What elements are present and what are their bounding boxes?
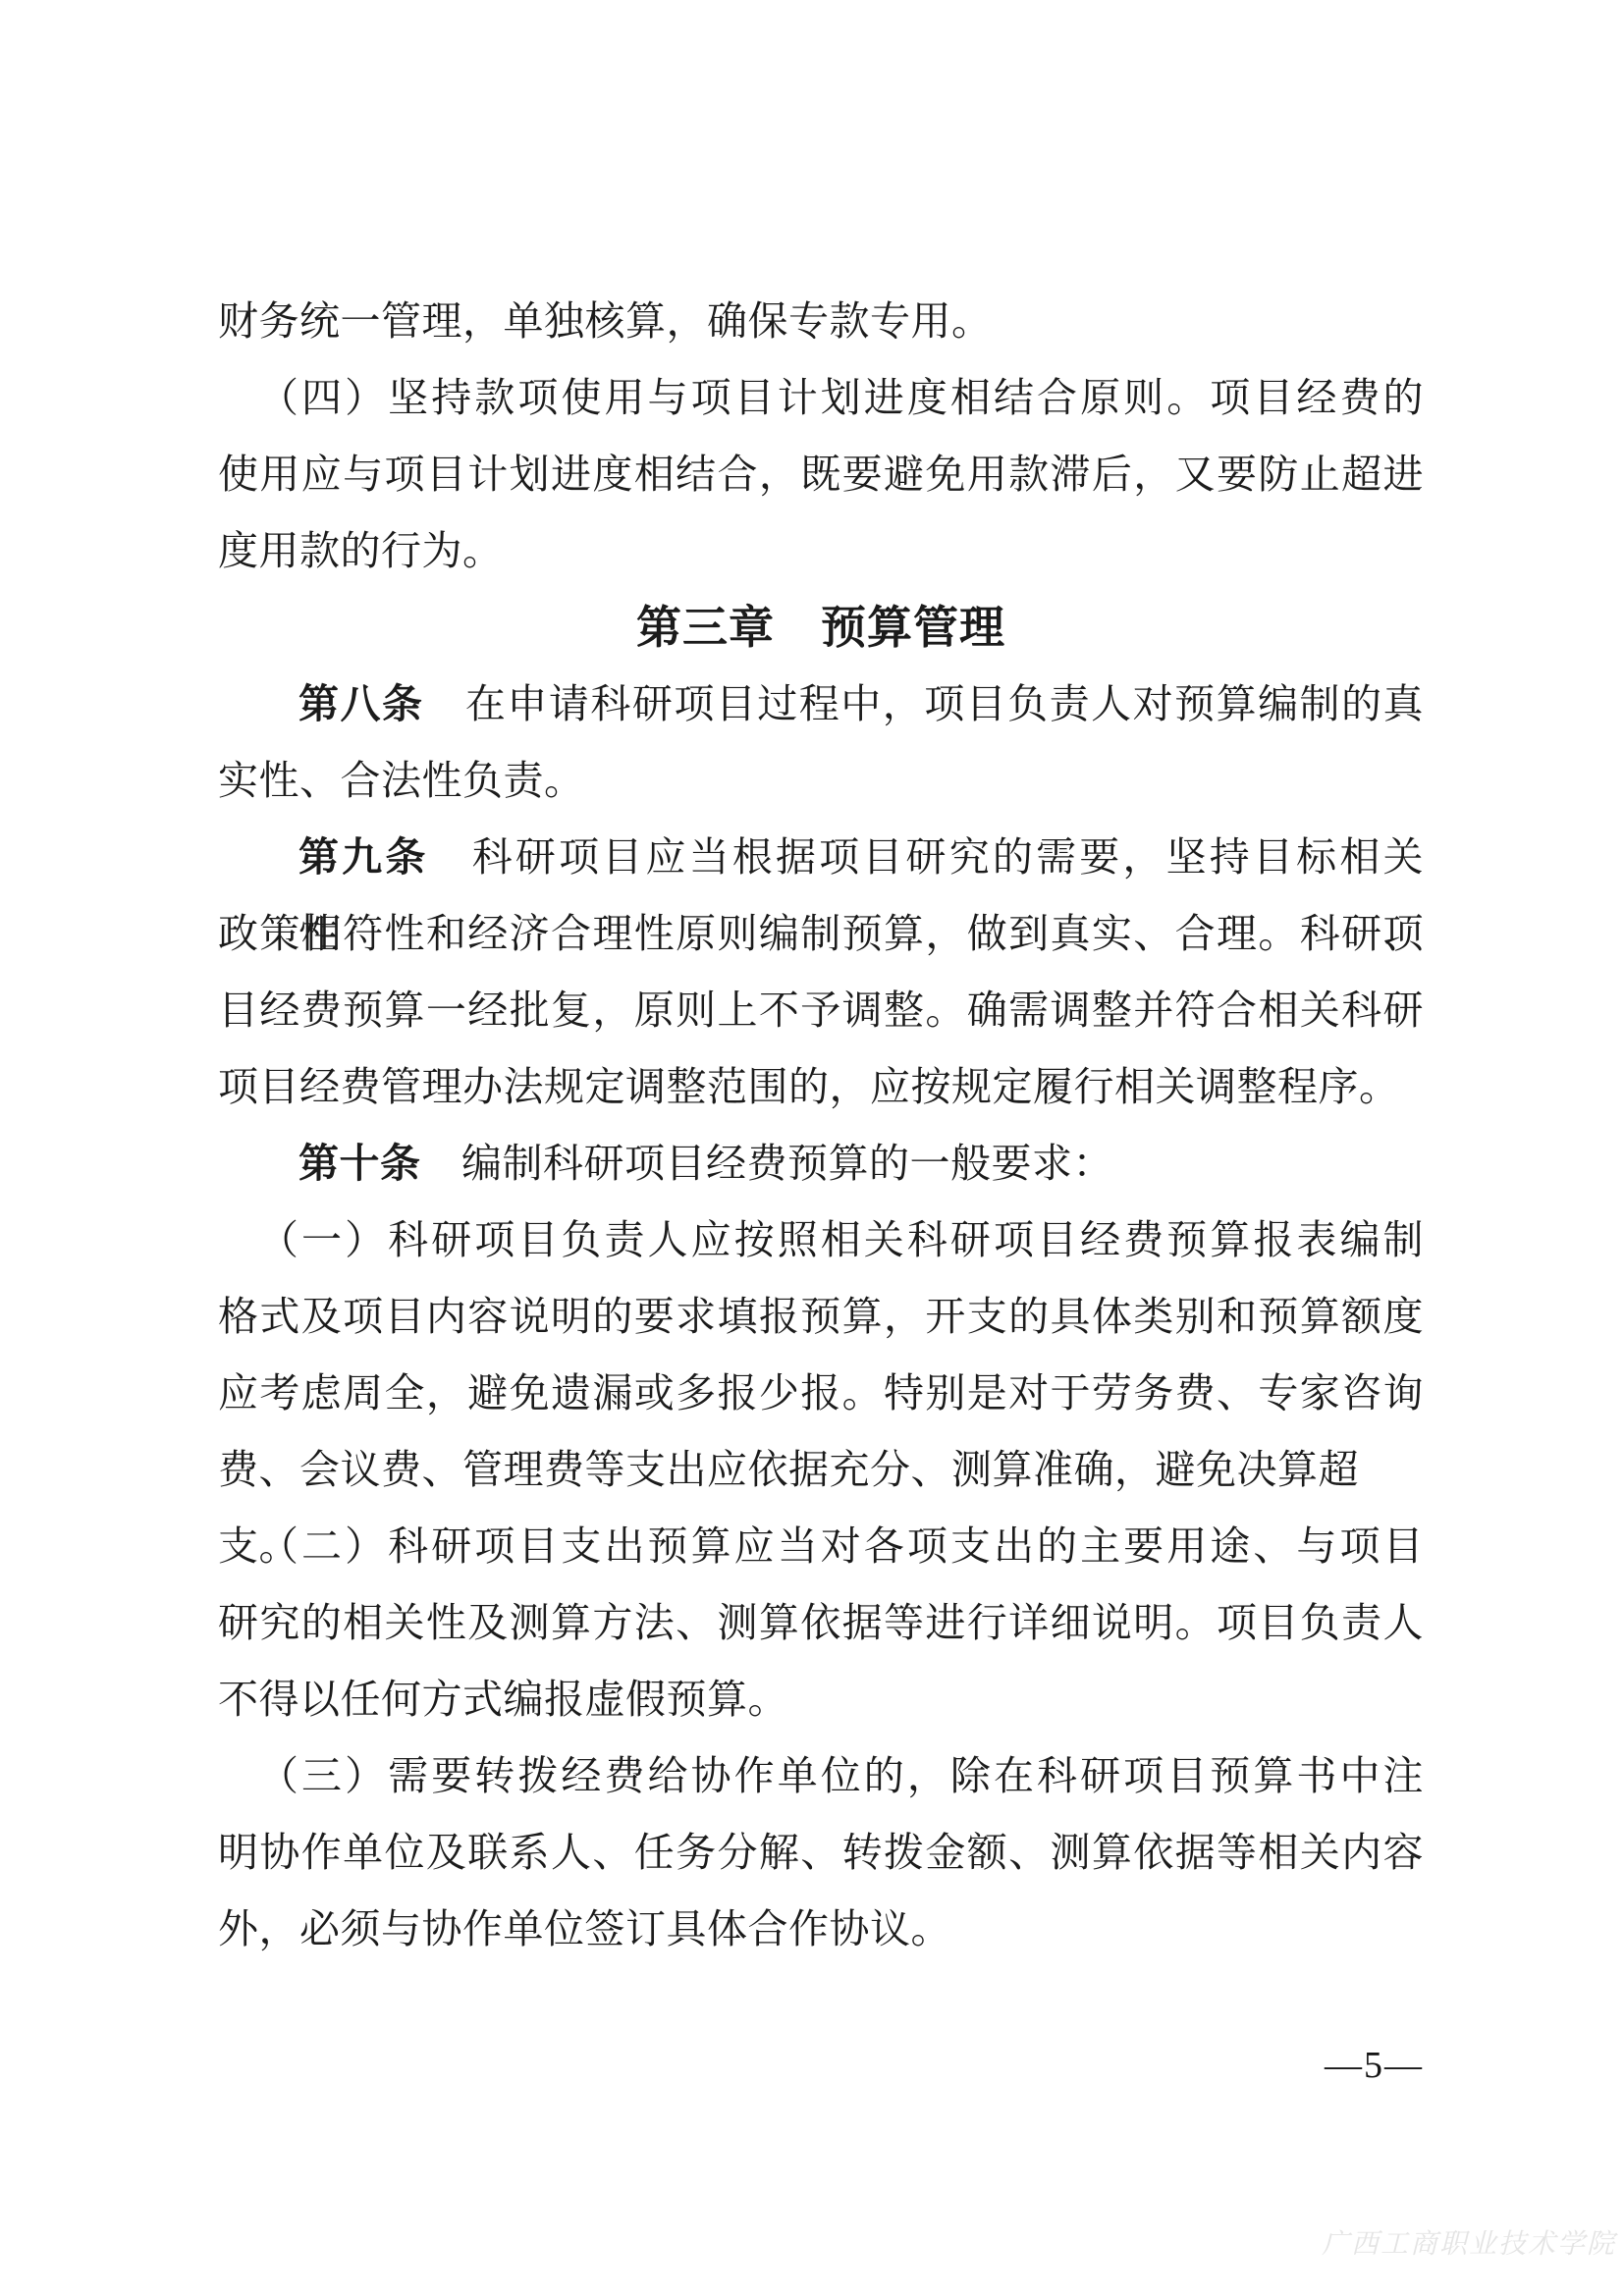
text-segment: （二）科研项目支出预算应当对各项支出的主要用途、与项目 xyxy=(258,1523,1424,1569)
text-segment: 外，必须与协作单位签订具体合作协议。 xyxy=(218,1906,951,1951)
document-body: 财务统一管理，单独核算，确保专款专用。（四）坚持款项使用与项目计划进度相结合原则… xyxy=(218,283,1424,1967)
text-segment: 使用应与项目计划进度相结合，既要避免用款滞后，又要防止超进 xyxy=(218,452,1424,497)
text-line: （一）科研项目负责人应按照相关科研项目经费预算报表编制 xyxy=(218,1201,1424,1278)
text-line: （三）需要转拨经费给协作单位的，除在科研项目预算书中注 xyxy=(218,1737,1424,1814)
text-line: 格式及项目内容说明的要求填报预算，开支的具体类别和预算额度 xyxy=(218,1278,1424,1355)
text-line: （四）坚持款项使用与项目计划进度相结合原则。项目经费的 xyxy=(218,359,1424,436)
text-segment: 项目经费管理办法规定调整范围的，应按规定履行相关调整程序。 xyxy=(218,1064,1400,1109)
text-segment: 应考虑周全，避免遗漏或多报少报。特别是对于劳务费、专家咨询 xyxy=(218,1370,1424,1415)
text-line: 使用应与项目计划进度相结合，既要避免用款滞后，又要防止超进 xyxy=(218,436,1424,512)
text-segment: 政策相符性和经济合理性原则编制预算，做到真实、合理。科研项 xyxy=(218,911,1424,956)
text-line: 明协作单位及联系人、任务分解、转拨金额、测算依据等相关内容 xyxy=(218,1814,1424,1891)
text-segment: （一）科研项目负责人应按照相关科研项目经费预算报表编制 xyxy=(258,1217,1424,1262)
page-number: —5— xyxy=(1325,2044,1424,2087)
text-line: 目经费预算一经批复，原则上不予调整。确需调整并符合相关科研 xyxy=(218,972,1424,1048)
text-segment: 实性、合法性负责。 xyxy=(218,758,585,803)
text-line: 政策相符性和经济合理性原则编制预算，做到真实、合理。科研项 xyxy=(218,895,1424,972)
text-line: 外，必须与协作单位签订具体合作协议。 xyxy=(218,1891,1424,1967)
text-line: 不得以任何方式编报虚假预算。 xyxy=(218,1661,1424,1737)
chapter-heading: 第三章 预算管理 xyxy=(218,589,1424,666)
text-segment: （四）坚持款项使用与项目计划进度相结合原则。项目经费的 xyxy=(258,375,1424,420)
article-number-label: 第三章 预算管理 xyxy=(636,602,1005,653)
text-line: 费、会议费、管理费等支出应依据充分、测算准确，避免决算超支。 xyxy=(218,1431,1424,1508)
text-segment: 度用款的行为。 xyxy=(218,528,504,573)
text-line: 实性、合法性负责。 xyxy=(218,742,1424,819)
text-segment: 在申请科研项目过程中，项目负责人对预算编制的真 xyxy=(423,681,1424,726)
text-segment: 财务统一管理，单独核算，确保专款专用。 xyxy=(218,298,993,344)
text-segment: 不得以任何方式编报虚假预算。 xyxy=(218,1677,788,1722)
text-line: 第八条 在申请科研项目过程中，项目负责人对预算编制的真 xyxy=(218,666,1424,742)
text-segment: 目经费预算一经批复，原则上不予调整。确需调整并符合相关科研 xyxy=(218,988,1424,1033)
text-segment: 研究的相关性及测算方法、测算依据等进行详细说明。项目负责人 xyxy=(218,1600,1424,1645)
article-number-label: 第十条 xyxy=(298,1141,421,1186)
text-segment: （三）需要转拨经费给协作单位的，除在科研项目预算书中注 xyxy=(258,1753,1424,1798)
text-line: 财务统一管理，单独核算，确保专款专用。 xyxy=(218,283,1424,359)
article-number-label: 第八条 xyxy=(298,681,423,726)
text-line: 项目经费管理办法规定调整范围的，应按规定履行相关调整程序。 xyxy=(218,1048,1424,1125)
text-segment: 明协作单位及联系人、任务分解、转拨金额、测算依据等相关内容 xyxy=(218,1830,1424,1875)
text-line: 第九条 科研项目应当根据项目研究的需要，坚持目标相关性、 xyxy=(218,819,1424,895)
text-line: （二）科研项目支出预算应当对各项支出的主要用途、与项目 xyxy=(218,1508,1424,1584)
article-number-label: 第九条 xyxy=(298,834,429,880)
text-line: 应考虑周全，避免遗漏或多报少报。特别是对于劳务费、专家咨询 xyxy=(218,1355,1424,1431)
text-segment: 格式及项目内容说明的要求填报预算，开支的具体类别和预算额度 xyxy=(218,1294,1424,1339)
text-line: 研究的相关性及测算方法、测算依据等进行详细说明。项目负责人 xyxy=(218,1584,1424,1661)
document-page: 财务统一管理，单独核算，确保专款专用。（四）坚持款项使用与项目计划进度相结合原则… xyxy=(0,0,1624,2296)
watermark: 广西工商职业技术学院 xyxy=(1322,2228,1616,2262)
text-line: 第十条 编制科研项目经费预算的一般要求： xyxy=(218,1125,1424,1201)
text-line: 度用款的行为。 xyxy=(218,512,1424,589)
text-segment: 编制科研项目经费预算的一般要求： xyxy=(421,1141,1114,1186)
